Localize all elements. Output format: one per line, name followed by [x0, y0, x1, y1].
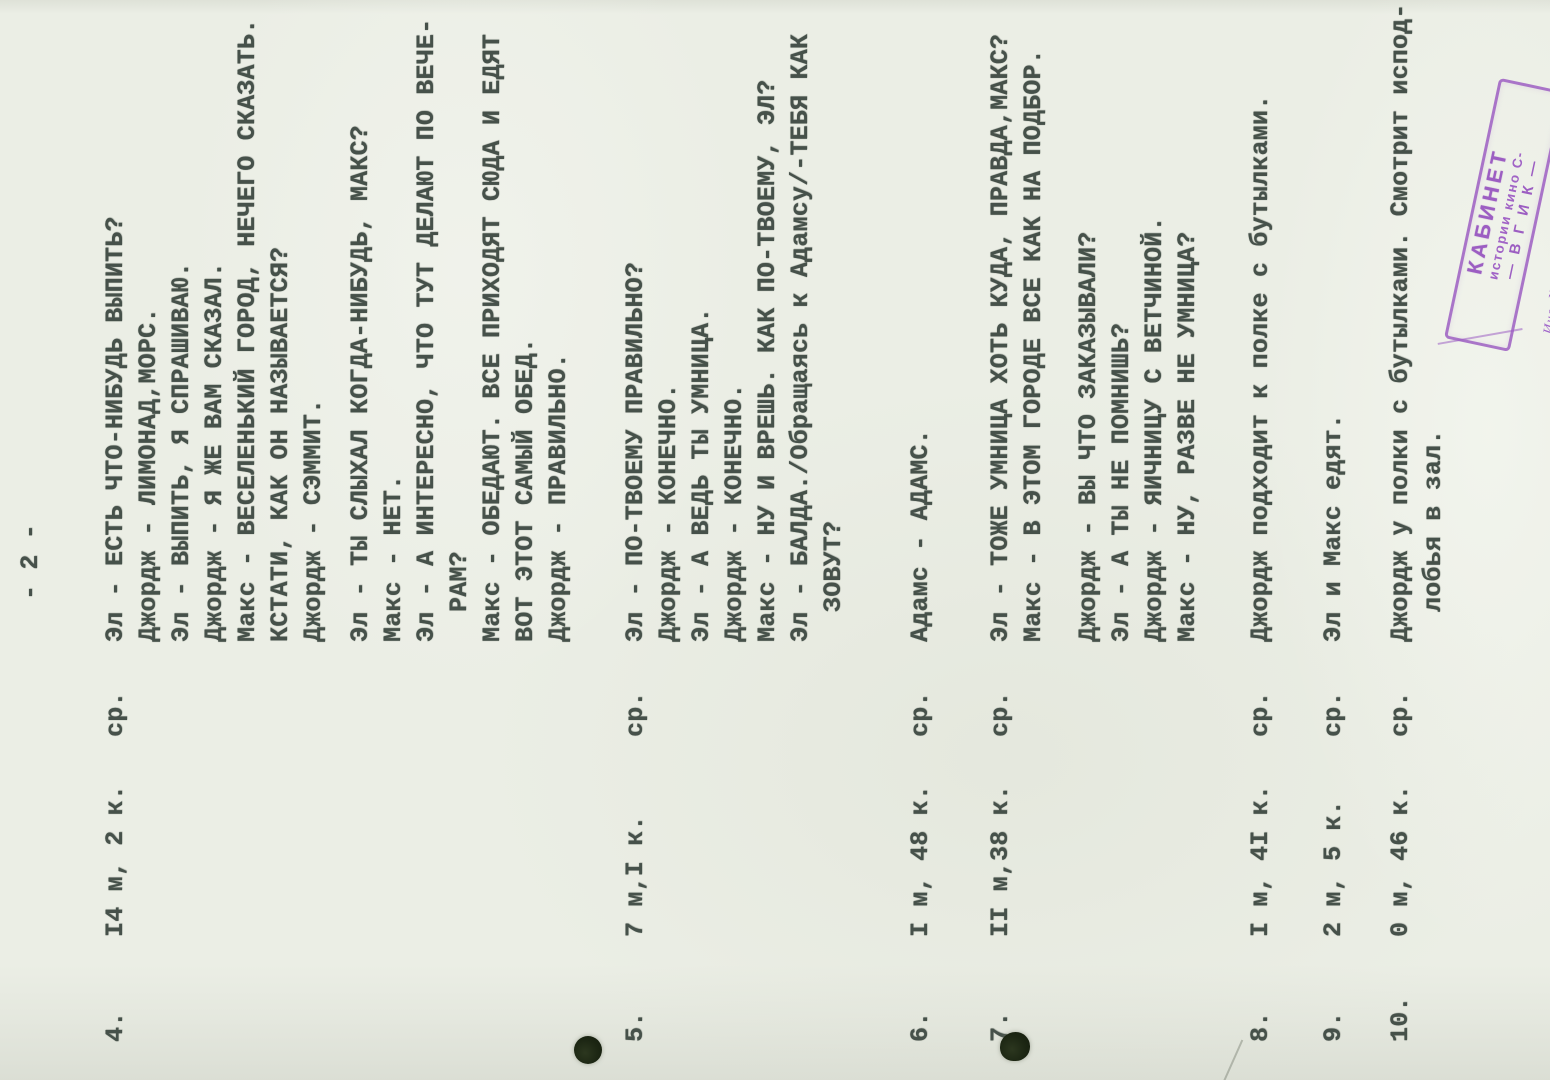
typewritten-page: - 2 - 4. I4 м, 2 к. ср. Эл - ЕСТЬ ЧТО-НИ…: [0, 0, 1550, 1080]
dialogue: Эл - ТОЖЕ УМНИЦА ХОТЬ КУДА, ПРАВДА,МАКС?…: [984, 0, 1204, 642]
dialogue-line: Эл - БАЛДА./Обращаясь к Адамсу/-ТЕБЯ КАК: [784, 0, 817, 642]
dialogue-line: Макс - НУ И ВРЕШЬ. КАК ПО-ТВОЕМУ, ЭЛ?: [751, 0, 784, 642]
dialogue-line: Эл - ВЫПИТЬ, Я СПРАШИВАЮ.: [165, 0, 198, 642]
shot-plan: ср.: [904, 642, 937, 737]
shot-plan: ср.: [99, 642, 132, 737]
shot-length: I м, 4I к.: [1244, 737, 1277, 937]
shot-plan: ср.: [1317, 642, 1350, 737]
shot-number: 9.: [1317, 937, 1350, 1042]
dialogue-line: Макс - НЕТ.: [377, 0, 410, 642]
shot-length: I м, 48 к.: [904, 737, 937, 937]
shot-length: 2 м, 5 к.: [1317, 737, 1350, 937]
shot-plan: ср.: [1244, 642, 1277, 737]
dialogue: Адамс - АДАМС.: [904, 0, 937, 642]
dialogue: Эл - ЕСТЬ ЧТО-НИБУДЬ ВЫПИТЬ?Джордж - ЛИМ…: [99, 0, 575, 642]
dialogue-line: Эл - ТОЖЕ УМНИЦА ХОТЬ КУДА, ПРАВДА,МАКС?: [984, 0, 1017, 642]
dialogue-line: Джордж - КОНЕЧНО.: [652, 0, 685, 642]
shot-row-5: 5. 7 м,I к. ср. Эл - ПО-ТВОЕМУ ПРАВИЛЬНО…: [619, 0, 850, 1042]
shot-number: 8.: [1244, 937, 1277, 1042]
shot-number: 4.: [99, 937, 132, 1042]
shot-row-4: 4. I4 м, 2 к. ср. Эл - ЕСТЬ ЧТО-НИБУДЬ В…: [99, 0, 575, 1042]
shot-plan: ср.: [1384, 642, 1417, 737]
shot-number: 6.: [904, 937, 937, 1042]
shot-row-10: 10. 0 м, 46 к. ср. Джордж у полки с буты…: [1384, 0, 1450, 1042]
dialogue-line: Эл и Макс едят.: [1317, 0, 1350, 642]
dialogue-line: Эл - ПО-ТВОЕМУ ПРАВИЛЬНО?: [619, 0, 652, 642]
dialogue-line: ВОТ ЭТОТ САМЫЙ ОБЕД.: [509, 0, 542, 642]
dialogue: Эл и Макс едят.: [1317, 0, 1350, 642]
dialogue-line: Джордж - ПРАВИЛЬНО.: [542, 0, 575, 642]
shot-number: 10.: [1384, 937, 1417, 1042]
dialogue-line: Джордж - Я ЖЕ ВАМ СКАЗАЛ.: [198, 0, 231, 642]
dialogue-line: РАМ?: [443, 0, 476, 642]
hole-punch-2: [1000, 1032, 1030, 1061]
crease-mark: [1223, 1040, 1244, 1080]
dialogue-line: Эл - А ИНТЕРЕСНО, ЧТО ТУТ ДЕЛАЮТ ПО ВЕЧЕ…: [410, 0, 443, 642]
dialogue-line: Джордж - КОНЕЧНО.: [718, 0, 751, 642]
dialogue-line: Джордж - СЭММИТ.: [297, 0, 330, 642]
shot-length: I4 м, 2 к.: [99, 737, 132, 937]
dialogue-line: Адамс - АДАМС.: [904, 0, 937, 642]
shot-row-8: 8. I м, 4I к. ср. Джордж подходит к полк…: [1244, 0, 1277, 1042]
shot-row-7: 7. II м,38 к. ср. Эл - ТОЖЕ УМНИЦА ХОТЬ …: [984, 0, 1204, 1042]
dialogue: Джордж подходит к полке с бутылками.: [1244, 0, 1277, 642]
scanned-document: - 2 - 4. I4 м, 2 к. ср. Эл - ЕСТЬ ЧТО-НИ…: [0, 0, 1550, 1080]
dialogue-line: Джордж - ВЫ ЧТО ЗАКАЗЫВАЛИ?: [1072, 0, 1105, 642]
shot-number: 5.: [619, 937, 652, 1042]
dialogue-line: Эл - А ТЫ НЕ ПОМНИШЬ?: [1105, 0, 1138, 642]
shot-row-6: 6. I м, 48 к. ср. Адамс - АДАМС.: [904, 0, 937, 1042]
dialogue: Джордж у полки с бутылками. Смотрит испо…: [1384, 0, 1450, 642]
shot-length: 0 м, 46 к.: [1384, 737, 1417, 937]
inventory-label: Инв. №: [1541, 284, 1550, 335]
dialogue-line: лобья в зал.: [1417, 0, 1450, 642]
dialogue-line: Джордж подходит к полке с бутылками.: [1244, 0, 1277, 642]
shot-plan: ср.: [619, 642, 652, 737]
dialogue-line: Макс - ВЕСЕЛЕНЬКИЙ ГОРОД, НЕЧЕГО СКАЗАТЬ…: [231, 0, 264, 642]
dialogue-line: Джордж - ЛИМОНАД,МОРС.: [132, 0, 165, 642]
dialogue-line: Макс - В ЭТОМ ГОРОДЕ ВСЕ КАК НА ПОДБОР.: [1017, 0, 1050, 642]
dialogue-line: Эл - ТЫ СЛЫХАЛ КОГДА-НИБУДЬ, МАКС?: [344, 0, 377, 642]
shot-length: 7 м,I к.: [619, 737, 652, 937]
dialogue-line: Джордж у полки с бутылками. Смотрит испо…: [1384, 0, 1417, 642]
shot-length: II м,38 к.: [984, 737, 1017, 937]
dialogue: Эл - ПО-ТВОЕМУ ПРАВИЛЬНО?Джордж - КОНЕЧН…: [619, 0, 850, 642]
shot-row-9: 9. 2 м, 5 к. ср. Эл и Макс едят.: [1317, 0, 1350, 1042]
dialogue-line: КСТАТИ, КАК ОН НАЗЫВАЕТСЯ?: [264, 0, 297, 642]
dialogue-line: Эл - ЕСТЬ ЧТО-НИБУДЬ ВЫПИТЬ?: [99, 0, 132, 642]
dialogue-line: Макс - НУ, РАЗВЕ НЕ УМНИЦА?: [1171, 0, 1204, 642]
hole-punch-1: [574, 1036, 602, 1064]
shot-number: 7.: [984, 937, 1017, 1042]
dialogue-line: Джордж - ЯИЧНИЦУ С ВЕТЧИНОЙ.: [1138, 0, 1171, 642]
page-number: - 2 -: [14, 0, 47, 600]
shot-plan: ср.: [984, 642, 1017, 737]
dialogue-line: Эл - А ВЕДЬ ТЫ УМНИЦА.: [685, 0, 718, 642]
library-stamp: КАБИНЕТ истории кино С- — В Г И К — Инв.…: [1444, 54, 1550, 368]
dialogue-line: ЗОВУТ?: [817, 0, 850, 642]
dialogue-line: Макс - ОБЕДАЮТ. ВСЕ ПРИХОДЯТ СЮДА И ЕДЯТ: [476, 0, 509, 642]
